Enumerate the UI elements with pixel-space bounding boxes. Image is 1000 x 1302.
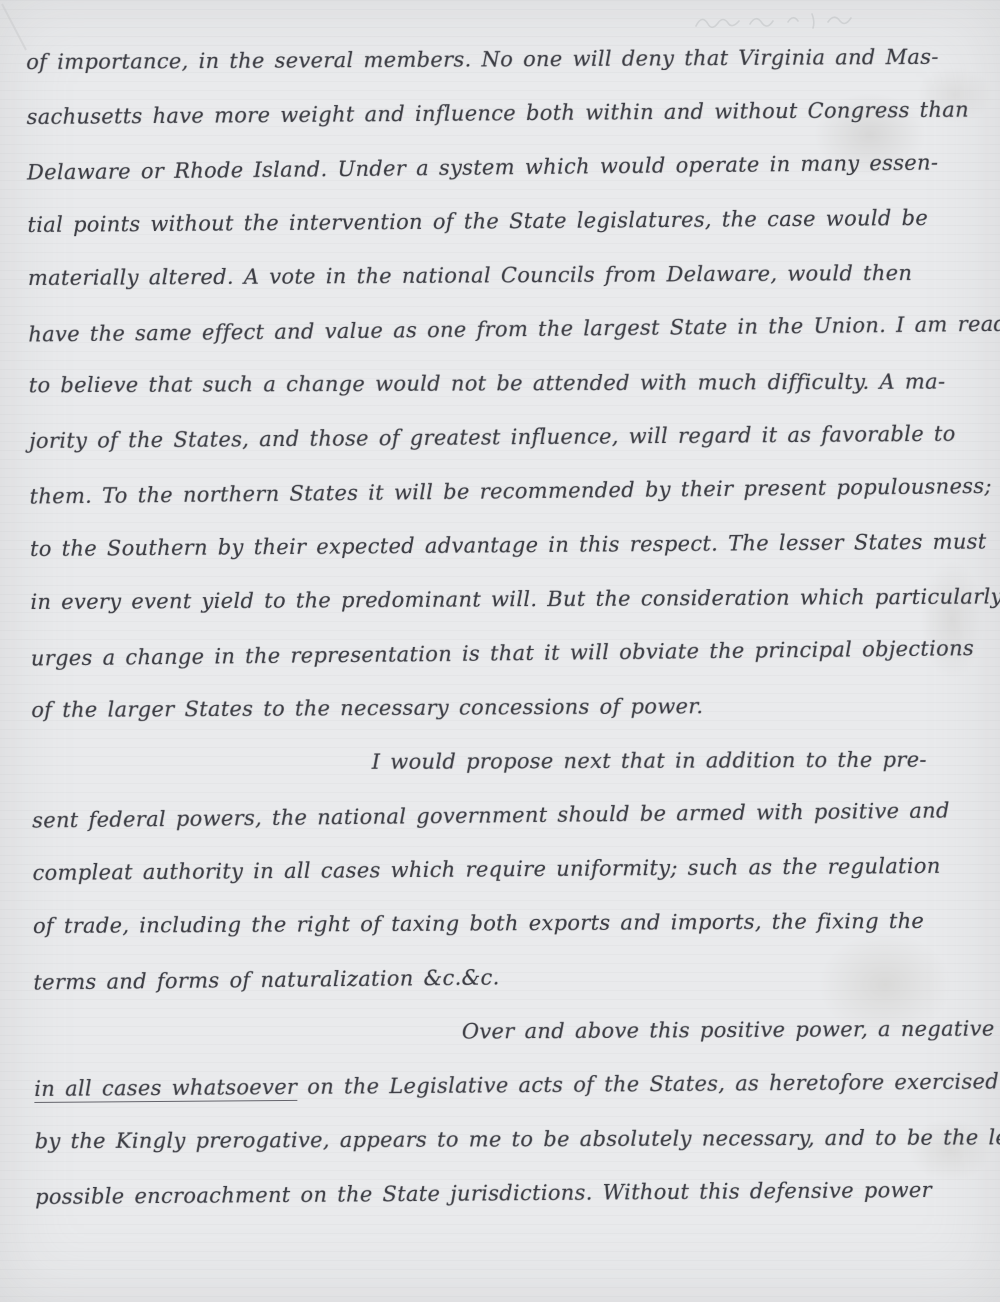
line-text: to the Southern by their expected advant… bbox=[30, 529, 987, 561]
manuscript-line: in every event yield to the predominant … bbox=[30, 570, 970, 629]
manuscript-line: by the Kingly prerogative, appears to me… bbox=[35, 1110, 975, 1168]
line-text: have the same effect and value as one fr… bbox=[28, 312, 1000, 347]
manuscript-line: jority of the States, and those of great… bbox=[29, 407, 969, 468]
manuscript-line: terms and forms of naturalization &c.&c. bbox=[33, 945, 974, 1009]
line-text: Over and above this positive power, a ne… bbox=[462, 1016, 995, 1043]
manuscript-line: sachusetts have more weight and influenc… bbox=[26, 83, 966, 144]
manuscript-page: of importance, in the several members. N… bbox=[0, 0, 1000, 1302]
manuscript-line: of trade, including the right of taxing … bbox=[33, 894, 973, 953]
line-text: tial points without the intervention of … bbox=[27, 206, 928, 237]
line-text: urges a change in the representation is … bbox=[31, 636, 974, 670]
manuscript-line: materially altered. A vote in the nation… bbox=[28, 246, 968, 305]
line-text: materially altered. A vote in the nation… bbox=[28, 261, 912, 290]
line-text: terms and forms of naturalization &c.&c. bbox=[33, 965, 499, 994]
manuscript-line: of the larger States to the necessary co… bbox=[31, 678, 971, 737]
manuscript-line: to believe that such a change would not … bbox=[29, 354, 969, 412]
line-text: of the larger States to the necessary co… bbox=[31, 694, 703, 722]
line-text: them. To the northern States it will be … bbox=[29, 474, 991, 509]
line-text: sachusetts have more weight and influenc… bbox=[27, 98, 969, 129]
line-text: compleat authority in all cases which re… bbox=[32, 854, 940, 885]
line-text: by the Kingly prerogative, appears to me… bbox=[35, 1125, 1000, 1153]
line-text: of importance, in the several members. N… bbox=[26, 45, 939, 74]
line-text: on the Legislative acts of the States, a… bbox=[297, 1069, 999, 1099]
manuscript-line: tial points without the intervention of … bbox=[27, 191, 967, 252]
manuscript-line: Delaware or Rhode Island. Under a system… bbox=[27, 135, 968, 199]
manuscript-line: sent federal powers, the national govern… bbox=[32, 783, 973, 847]
manuscript-line: in all cases whatsoever on the Legislati… bbox=[34, 1055, 974, 1116]
line-text: Delaware or Rhode Island. Under a system… bbox=[27, 150, 938, 184]
manuscript-line: them. To the northern States it will be … bbox=[29, 459, 970, 523]
line-text: possible encroachment on the State juris… bbox=[35, 1178, 932, 1209]
manuscript-line-paragraph-start: I would propose next that in addition to… bbox=[32, 732, 972, 790]
line-text: jority of the States, and those of great… bbox=[29, 422, 956, 453]
line-text: of trade, including the right of taxing … bbox=[33, 909, 924, 938]
letter-body: of importance, in the several members. N… bbox=[26, 29, 975, 1224]
manuscript-line: compleat authority in all cases which re… bbox=[32, 839, 972, 900]
manuscript-line: of importance, in the several members. N… bbox=[26, 30, 966, 89]
manuscript-line: urges a change in the representation is … bbox=[31, 621, 972, 685]
manuscript-line-paragraph-start: Over and above this positive power, a ne… bbox=[34, 1002, 974, 1061]
manuscript-line: possible encroachment on the State juris… bbox=[35, 1163, 975, 1224]
manuscript-line: to the Southern by their expected advant… bbox=[30, 515, 970, 576]
line-text: to believe that such a change would not … bbox=[29, 370, 946, 398]
line-text: I would propose next that in addition to… bbox=[372, 748, 927, 774]
line-text: in every event yield to the predominant … bbox=[30, 584, 1000, 614]
line-text: sent federal powers, the national govern… bbox=[32, 798, 950, 832]
manuscript-line: have the same effect and value as one fr… bbox=[28, 297, 969, 361]
underlined-phrase: in all cases whatsoever bbox=[34, 1075, 297, 1103]
